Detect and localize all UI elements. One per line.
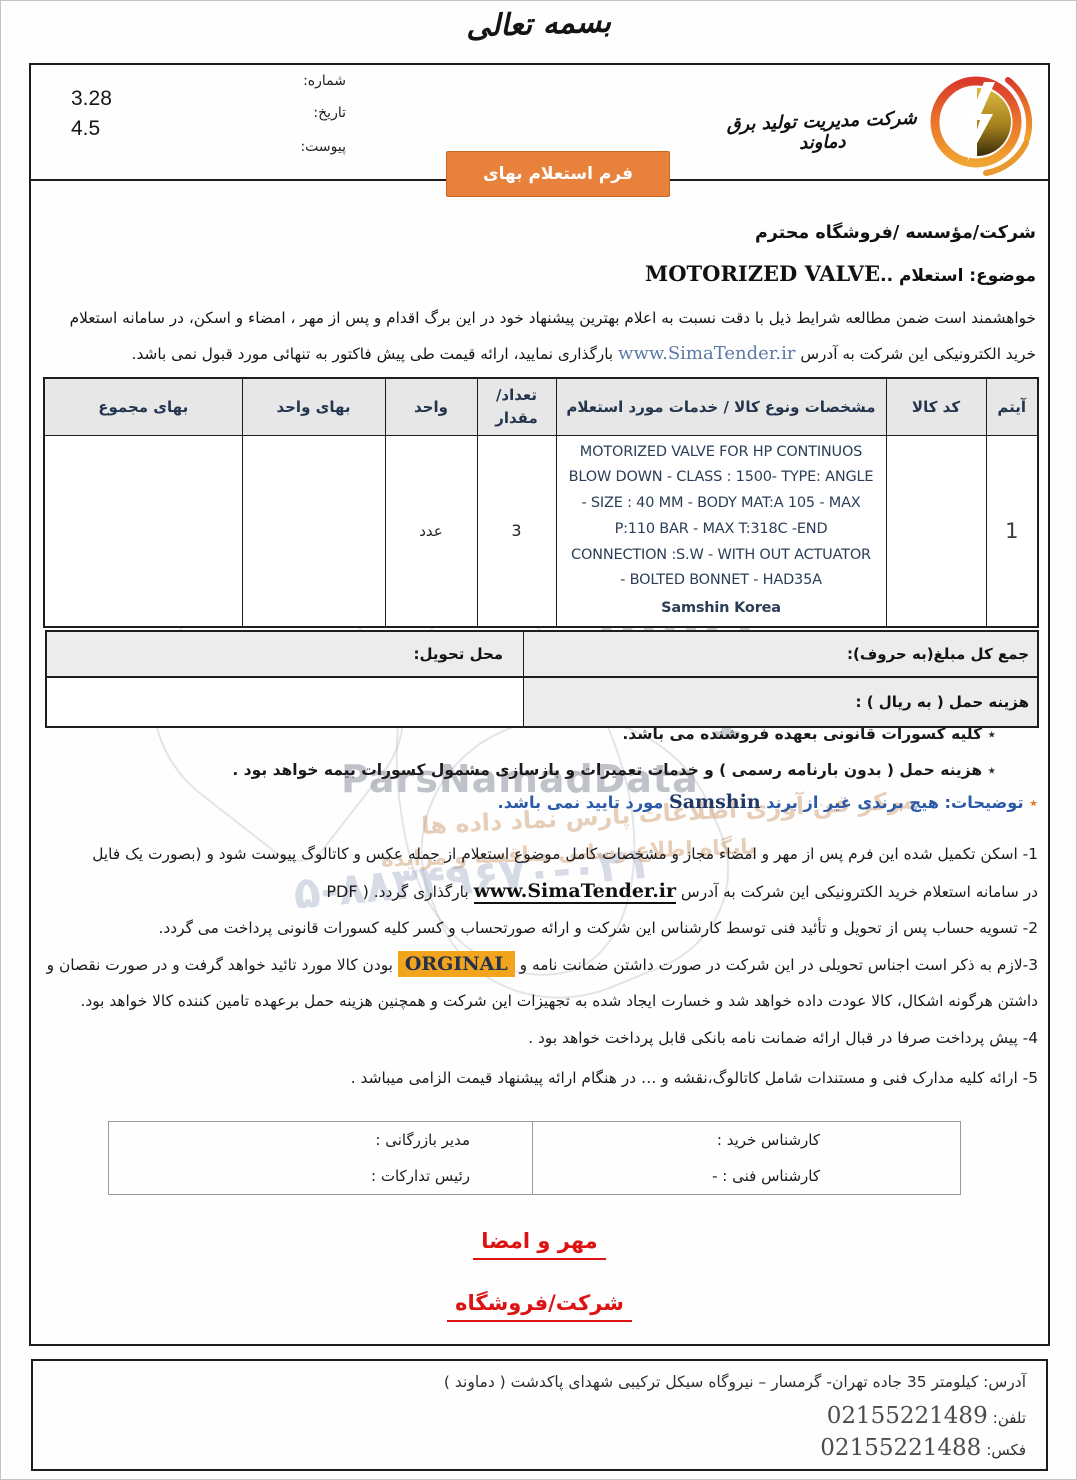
simatender-url[interactable]: www.SimaTender.ir — [474, 880, 676, 904]
term-3-post: بودن کالا مورد تائید خواهد گرفت و در صور… — [47, 956, 398, 974]
technical-expert-label: کارشناس فنی : - — [532, 1158, 960, 1194]
orginal-highlight: ORGINAL — [398, 951, 515, 977]
col-description: مشخصات ونوع کالا / خدمات مورد استعلام — [556, 378, 886, 435]
commercial-manager-label: مدیر بازرگانی : — [107, 1122, 532, 1158]
date-label: تاریخ: — [271, 105, 346, 121]
col-qty: تعداد/ مقدار — [477, 378, 556, 435]
stamp-signature-label: مهر و امضا — [31, 1229, 1048, 1253]
col-item: آیتم — [986, 378, 1038, 435]
simatender-url[interactable]: www.SimaTender.ir — [618, 343, 795, 364]
phone-label: تلفن: — [993, 1409, 1026, 1427]
term-3-pre: 3-لازم به ذکر است اجناس تحویلی در این شر… — [515, 956, 1038, 974]
col-unit-price: بهای واحد — [242, 378, 385, 435]
delivery-place-label: محل تحویل: — [47, 632, 523, 676]
company-store-label: شرکت/فروشگاه — [31, 1291, 1048, 1315]
date-value: 3.28 — [71, 87, 112, 111]
form-title-badge: فرم استعلام بهای — [446, 151, 670, 197]
inquiry-form-page: 010101 0001 10 1 ParsNamadData مرکز فن آ… — [0, 0, 1077, 1480]
shipping-cost-label: هزینه حمل ( به ریال ) : — [523, 678, 1037, 726]
bullet-star-icon: ٭ — [988, 761, 996, 779]
term-1-line2-post: بارگذاری گردد. — [374, 883, 474, 901]
col-unit: واحد — [385, 378, 477, 435]
approved-brand: Samshin — [669, 791, 761, 813]
signature-table: کارشناس خرید : مدیر بازرگانی : کارشناس ف… — [108, 1121, 961, 1195]
item-description: MOTORIZED VALVE FOR HP CONTINUOS BLOW DO… — [567, 440, 876, 595]
term-2: 2- تسویه حساب پس از تحویل و تأئید فنی تو… — [41, 915, 1038, 941]
items-table-section: آیتم کد کالا مشخصات ونوع کالا / خدمات مو… — [45, 377, 1039, 728]
col-code: کد کالا — [886, 378, 986, 435]
total-amount-row: جمع کل مبلغ(به حروف): محل تحویل: — [45, 630, 1039, 678]
brand-restriction-note: ٭ توضیحات: هیچ برندی غیر از برند Samshin… — [43, 791, 1038, 813]
tozihat-text-after: مورد تایید نمی باشد. — [498, 793, 664, 812]
term-1-line2: در سامانه استعلام خرید الکترونیکی این شر… — [41, 878, 1038, 905]
fax-number: 02155221488 — [820, 1435, 981, 1461]
fax-label: فکس: — [986, 1441, 1026, 1459]
purchase-expert-label: کارشناس خرید : — [532, 1122, 960, 1158]
item-qty-cell: 3 — [477, 435, 556, 627]
tozihat-text-before: توضیحات: هیچ برندی غیر از برند — [761, 793, 1024, 812]
fax-line: فکس: 02155221488 — [53, 1435, 1026, 1461]
shipping-cost-value-cell — [47, 678, 523, 726]
attachment-value: 4.5 — [71, 117, 100, 141]
intro-line2-pre: خرید الکترونیکی این شرکت به آدرس — [795, 345, 1036, 363]
company-logo-icon — [926, 67, 1036, 177]
col-total-price: بهای مجموع — [44, 378, 242, 435]
item-unit-price-cell — [242, 435, 385, 627]
company-logo — [926, 67, 1036, 177]
number-label: شماره: — [271, 73, 346, 89]
shipping-cost-row: هزینه حمل ( به ریال ) : — [45, 678, 1039, 728]
phone-number: 02155221489 — [827, 1403, 988, 1429]
intro-line2-post: بارگذاری نمایید، ارائه قیمت طی پیش فاکتو… — [132, 345, 618, 363]
term-4: 4- پیش پرداخت صرفا در قبال ارائه ضمانت ن… — [41, 1025, 1038, 1051]
subject-line: موضوع: استعلام ..MOTORIZED VALVE — [43, 261, 1036, 286]
total-amount-label: جمع کل مبلغ(به حروف): — [523, 632, 1037, 676]
item-unit-cell: عدد — [385, 435, 477, 627]
subject-prefix: موضوع: استعلام .. — [880, 266, 1036, 286]
item-brand: Samshin Korea — [567, 596, 876, 622]
note-text: هزینه حمل ( بدون بارنامه رسمی ) و خدمات … — [232, 761, 982, 779]
addressee-line: شرکت/مؤسسه /فروشگاه محترم — [43, 223, 1036, 243]
subject-title: MOTORIZED VALVE — [645, 261, 880, 286]
phone-line: تلفن: 02155221489 — [53, 1403, 1026, 1429]
item-total-price-cell — [44, 435, 242, 627]
company-name: شرکت مدیریت تولید برق دماوند — [702, 107, 941, 157]
item-description-cell: MOTORIZED VALVE FOR HP CONTINUOS BLOW DO… — [556, 435, 886, 627]
term-1-line2-pre: در سامانه استعلام خرید الکترونیکی این شر… — [676, 883, 1038, 901]
form-body: شماره: تاریخ: پیوست: 3.28 4.5 — [29, 63, 1050, 1346]
term-1-line1: 1- اسکن تکمیل شده این فرم پس از مهر و ام… — [41, 841, 1038, 867]
basmala-calligraphy: بسمه تعالی — [1, 0, 1077, 61]
term-3-line2: داشتن هرگونه اشکال، کالا عودت داده خواهد… — [41, 988, 1038, 1014]
pdf-token: PDF ) — [326, 882, 369, 901]
address-line: آدرس: کیلومتر 35 جاده تهران- گرمسار – نی… — [53, 1373, 1026, 1391]
note-shipping-insurance: ٭ هزینه حمل ( بدون بارنامه رسمی ) و خدما… — [43, 761, 996, 779]
bullet-star-icon: ٭ — [1024, 793, 1038, 812]
intro-paragraph: خواهشمند است ضمن مطالعه شرایط ذیل با دقت… — [43, 301, 1036, 372]
procurement-head-label: رئیس تدارکات : — [107, 1158, 532, 1194]
term-5: 5- ارائه کلیه مدارک فنی و مستندات شامل ک… — [41, 1065, 1038, 1091]
table-row: 1 MOTORIZED VALVE FOR HP CONTINUOS BLOW … — [44, 435, 1038, 627]
term-3-line1: 3-لازم به ذکر است اجناس تحویلی در این شر… — [41, 951, 1038, 978]
footer-contact-box: آدرس: کیلومتر 35 جاده تهران- گرمسار – نی… — [31, 1359, 1048, 1471]
item-number-cell: 1 — [986, 435, 1038, 627]
attachment-label: پیوست: — [271, 139, 346, 155]
items-table: آیتم کد کالا مشخصات ونوع کالا / خدمات مو… — [43, 377, 1039, 628]
table-header-row: آیتم کد کالا مشخصات ونوع کالا / خدمات مو… — [44, 378, 1038, 435]
item-code-cell — [886, 435, 986, 627]
intro-line1: خواهشمند است ضمن مطالعه شرایط ذیل با دقت… — [70, 309, 1036, 327]
